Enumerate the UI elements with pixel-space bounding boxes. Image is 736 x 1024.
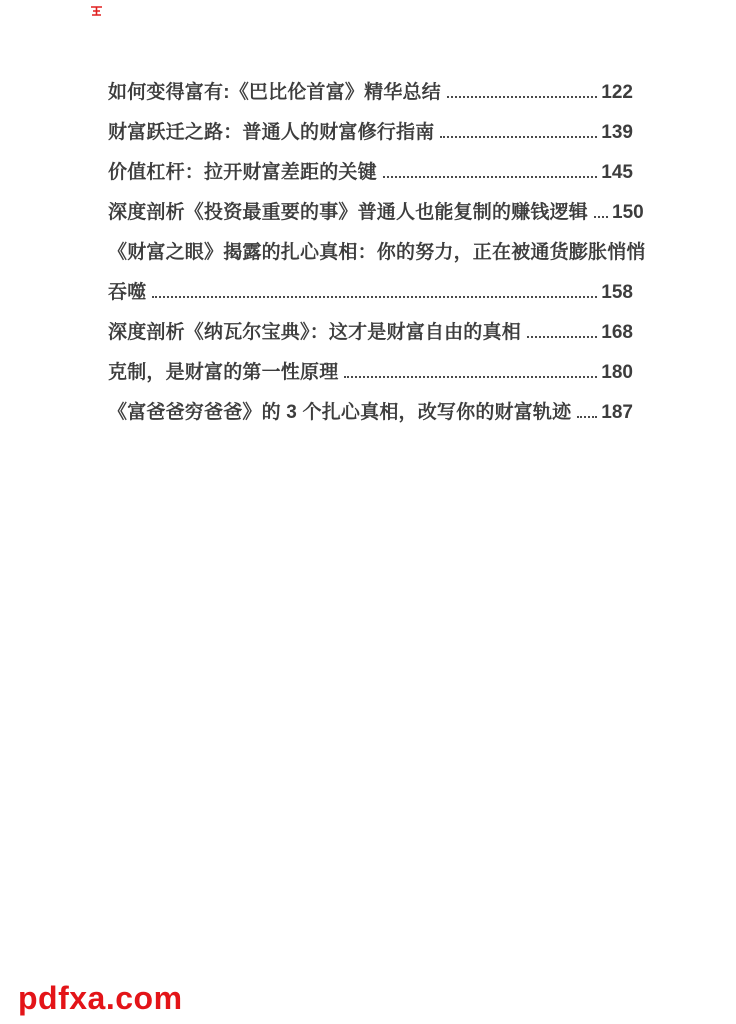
toc-entry-title: 《财富之眼》揭露的扎心真相：你的努力，正在被通货膨胀悄悄 <box>108 240 646 266</box>
toc-entry-row[interactable]: 吞噬158 <box>108 266 633 306</box>
toc-entry-title: 《富爸爸穷爸爸》的 3 个扎心真相，改写你的财富轨迹 <box>108 400 571 426</box>
toc-entry-row[interactable]: 克制，是财富的第一性原理180 <box>108 346 633 386</box>
toc-entry-title: 克制，是财富的第一性原理 <box>108 360 338 386</box>
toc-entry-row[interactable]: 深度剖析《投资最重要的事》普通人也能复制的赚钱逻辑150 <box>108 186 633 226</box>
toc-entry-page-number: 168 <box>601 320 633 346</box>
dot-leader <box>594 216 608 218</box>
table-of-contents: 如何变得富有:《巴比伦首富》精华总结122财富跃迁之路：普通人的财富修行指南13… <box>108 66 633 426</box>
dot-leader <box>383 176 597 178</box>
toc-entry-title: 财富跃迁之路：普通人的财富修行指南 <box>108 120 434 146</box>
toc-entry-page-number: 150 <box>612 200 644 226</box>
toc-entry-row[interactable]: 《富爸爸穷爸爸》的 3 个扎心真相，改写你的财富轨迹187 <box>108 386 633 426</box>
dot-leader <box>152 296 597 298</box>
toc-entry-page-number: 139 <box>601 120 633 146</box>
toc-entry-page-number: 158 <box>601 280 633 306</box>
toc-entry-row[interactable]: 深度剖析《纳瓦尔宝典》：这才是财富自由的真相168 <box>108 306 633 346</box>
toc-entry-title: 吞噬 <box>108 280 146 306</box>
toc-entry-page-number: 180 <box>601 360 633 386</box>
toc-entry-row[interactable]: 价值杠杆：拉开财富差距的关键145 <box>108 146 633 186</box>
toc-entry-title: 价值杠杆：拉开财富差距的关键 <box>108 160 377 186</box>
toc-entry-page-number: 122 <box>601 80 633 106</box>
toc-entry-title: 深度剖析《纳瓦尔宝典》：这才是财富自由的真相 <box>108 320 521 346</box>
toc-entry-page-number: 145 <box>601 160 633 186</box>
toc-entry-page-number: 187 <box>601 400 633 426</box>
toc-entry-row[interactable]: 《财富之眼》揭露的扎心真相：你的努力，正在被通货膨胀悄悄 <box>108 226 633 266</box>
toc-entry-title: 深度剖析《投资最重要的事》普通人也能复制的赚钱逻辑 <box>108 200 588 226</box>
dot-leader <box>447 96 597 98</box>
toc-entry-row[interactable]: 如何变得富有:《巴比伦首富》精华总结122 <box>108 66 633 106</box>
dot-leader <box>527 336 597 338</box>
dot-leader <box>577 416 597 418</box>
toc-entry-title: 如何变得富有:《巴比伦首富》精华总结 <box>108 80 441 106</box>
watermark-pdfxa: pdfxa.com <box>18 982 183 1014</box>
red-stamp-fragment-icon <box>89 3 104 18</box>
toc-entry-row[interactable]: 财富跃迁之路：普通人的财富修行指南139 <box>108 106 633 146</box>
document-page: 如何变得富有:《巴比伦首富》精华总结122财富跃迁之路：普通人的财富修行指南13… <box>0 0 736 1024</box>
dot-leader <box>440 136 597 138</box>
dot-leader <box>344 376 597 378</box>
